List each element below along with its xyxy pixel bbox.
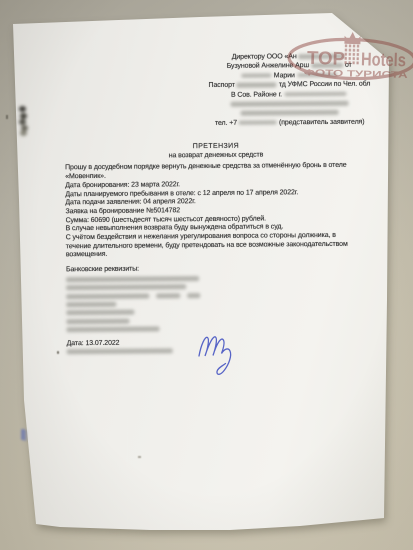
redacted-text — [66, 310, 134, 316]
recipient-text: В Сов. Районе г. — [231, 91, 282, 98]
watermark-word-hotels: Hotels — [361, 48, 407, 70]
hotel-building-icon — [344, 32, 361, 65]
handwritten-signature — [192, 328, 246, 380]
claim-subtitle: на возврат денежных средств — [65, 150, 367, 161]
bank-details-heading: Банковские реквизиты: — [66, 264, 368, 275]
recipient-text: тел. +7 — [215, 120, 237, 127]
redacted-text — [66, 302, 116, 307]
redacted-text — [66, 284, 186, 290]
photo-of-claim-document: Директору ООО «Ан Бузуновой Анжелине Арш… — [0, 0, 413, 550]
signature-stroke — [199, 337, 231, 375]
watermark-subtitle: ФОТО ТУРИСТА — [304, 67, 409, 80]
claim-body: ПРЕТЕНЗИЯ на возврат денежных средств Пр… — [65, 142, 369, 358]
redacted-text — [66, 327, 159, 333]
redacted-bank-details — [66, 274, 368, 332]
redacted-text — [66, 276, 199, 282]
redacted-text — [241, 110, 339, 116]
redacted-text — [231, 100, 349, 106]
redacted-text — [237, 83, 277, 88]
recipient-text: (представитель заявителя) — [279, 118, 365, 126]
recipient-text: Паспорт — [208, 82, 234, 89]
tophotels-watermark: TOP Hotels ФОТО ТУРИСТА — [281, 20, 413, 100]
recipient-line: тел. +7(представитель заявителя) — [199, 117, 381, 128]
redacted-text — [187, 293, 200, 298]
redacted-text-row — [66, 291, 368, 299]
redacted-text — [66, 293, 149, 299]
claim-paragraph: Прошу в досудебном порядке вернуть денеж… — [65, 162, 368, 260]
watermark-word-top: TOP — [307, 47, 346, 69]
redacted-text — [239, 120, 277, 125]
redacted-text — [66, 318, 129, 324]
redacted-text — [242, 73, 272, 78]
redacted-text — [156, 293, 180, 298]
redacted-text — [67, 348, 173, 354]
